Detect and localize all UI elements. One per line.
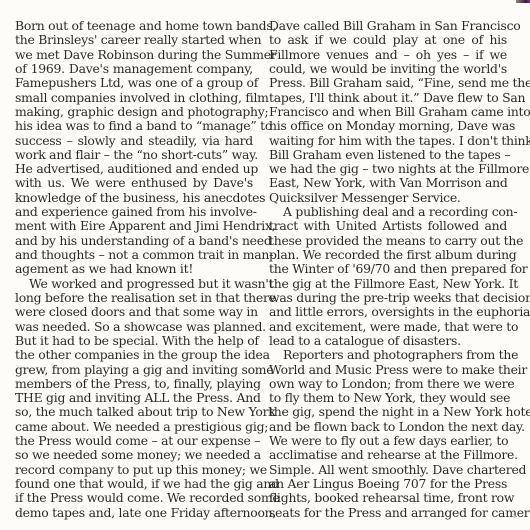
text-line: so we needed some money; we needed a xyxy=(15,448,253,462)
text-line: was needed. So a showcase was planned. xyxy=(15,320,253,334)
text-line: grew, from playing a gig and inviting so… xyxy=(15,363,253,377)
text-line: and experience gained from his involve- xyxy=(15,205,253,219)
text-line: and excitement, were made, that were to xyxy=(269,320,507,334)
text-line: found one that would, if we had the gig … xyxy=(15,477,253,491)
text-line: acclimatise and rehearse at the Fillmore… xyxy=(269,448,507,462)
text-line: and thoughts – not a common trait in man… xyxy=(15,248,253,262)
text-line: flights, booked rehearsal time, front ro… xyxy=(269,491,507,505)
text-line: lead to a catalogue of disasters. xyxy=(269,334,507,348)
text-line: and by his understanding of a band's nee… xyxy=(15,234,253,248)
text-column-right: Dave called Bill Graham in San Francisco… xyxy=(269,19,507,520)
text-line: THE gig and inviting ALL the Press. And xyxy=(15,391,253,405)
text-line: own way to London; from there we were xyxy=(269,377,507,391)
text-line: demo tapes and, late one Friday afternoo… xyxy=(15,506,253,520)
text-line: an Aer Lingus Boeing 707 for the Press xyxy=(269,477,507,491)
text-line: to ask if we could play at one of his xyxy=(269,33,507,47)
text-line: Quicksilver Messenger Service. xyxy=(269,191,507,205)
text-line: We worked and progressed but it wasn't xyxy=(15,277,253,291)
document-page: Born out of teenage and home town bands,… xyxy=(0,0,530,530)
text-line: the Winter of '69/70 and then prepared f… xyxy=(269,262,507,276)
text-line: record company to put up this money; we xyxy=(15,463,253,477)
text-line: the gig at the Fillmore East, New York. … xyxy=(269,277,507,291)
text-line: his idea was to find a band to “manage” … xyxy=(15,119,253,133)
text-line: World and Music Press were to make their xyxy=(269,363,507,377)
text-line: Dave called Bill Graham in San Francisco xyxy=(269,19,507,33)
text-line: Fillmore venues and – oh yes – if we xyxy=(269,48,507,62)
text-line: came about. We needed a prestigious gig; xyxy=(15,420,253,434)
text-line: plan. We recorded the first album during xyxy=(269,248,507,262)
text-line: success – slowly and steadily, via hard xyxy=(15,134,253,148)
text-line: Famepushers Ltd, was one of a group of xyxy=(15,76,253,90)
text-line: We were to fly out a few days earlier, t… xyxy=(269,434,507,448)
text-line: were closed doors and that some way in xyxy=(15,305,253,319)
text-line: Press. Bill Graham said, “Fine, send me … xyxy=(269,76,507,90)
text-line: could, we would be inviting the world's xyxy=(269,62,507,76)
text-line: if the Press would come. We recorded som… xyxy=(15,491,253,505)
text-line: members of the Press, to, finally, playi… xyxy=(15,377,253,391)
text-line: But it had to be special. With the help … xyxy=(15,334,253,348)
text-line: small companies involved in clothing, fi… xyxy=(15,91,253,105)
text-line: He advertised, auditioned and ended up xyxy=(15,162,253,176)
text-line: and little errors, oversights in the eup… xyxy=(269,305,507,319)
text-column-left: Born out of teenage and home town bands,… xyxy=(15,19,253,520)
text-line: seats for the Press and arranged for cam… xyxy=(269,506,507,520)
text-line: to fly them to New York, they would see xyxy=(269,391,507,405)
text-line: ment with Eire Apparent and Jimi Hendrix… xyxy=(15,219,253,233)
text-line: we met Dave Robinson during the Summer xyxy=(15,48,253,62)
text-line: waiting for him with the tapes. I don't … xyxy=(269,134,507,148)
text-line: the other companies in the group the ide… xyxy=(15,348,253,362)
text-line: making, graphic design and photography; xyxy=(15,105,253,119)
text-line: and be flown back to London the next day… xyxy=(269,420,507,434)
text-line: Bill Graham even listened to the tapes – xyxy=(269,148,507,162)
text-line: Simple. All went smoothly. Dave chartere… xyxy=(269,463,507,477)
text-line: knowledge of the business, his anecdotes xyxy=(15,191,253,205)
text-line: the Press would come – at our expense – xyxy=(15,434,253,448)
text-line: Reporters and photographers from the xyxy=(269,348,507,362)
text-line: of 1969. Dave's management company, xyxy=(15,62,253,76)
text-line: the Brinsleys' career really started whe… xyxy=(15,33,253,47)
stray-dot-mark xyxy=(514,516,516,518)
text-line: his office on Monday morning, Dave was xyxy=(269,119,507,133)
text-line: these provided the means to carry out th… xyxy=(269,234,507,248)
text-line: A publishing deal and a recording con- xyxy=(269,205,507,219)
text-line: we had the gig – two nights at the Fillm… xyxy=(269,162,507,176)
text-line: Born out of teenage and home town bands, xyxy=(15,19,253,33)
text-line: long before the realisation set in that … xyxy=(15,291,253,305)
text-line: agement as we had known it! xyxy=(15,262,253,276)
text-line: East, New York, with Van Morrison and xyxy=(269,176,507,190)
text-line: with us. We were enthused by Dave's xyxy=(15,176,253,190)
text-line: work and flair – the “no short-cuts” way… xyxy=(15,148,253,162)
text-line: was during the pre-trip weeks that decis… xyxy=(269,291,507,305)
text-line: Francisco and when Bill Graham came into xyxy=(269,105,507,119)
text-line: so, the much talked about trip to New Yo… xyxy=(15,405,253,419)
text-line: tract with United Artists followed and xyxy=(269,219,507,233)
text-line: the gig, spend the night in a New York h… xyxy=(269,405,507,419)
corner-scan-mark xyxy=(516,0,530,3)
text-line: tapes, I'll think about it.” Dave flew t… xyxy=(269,91,507,105)
